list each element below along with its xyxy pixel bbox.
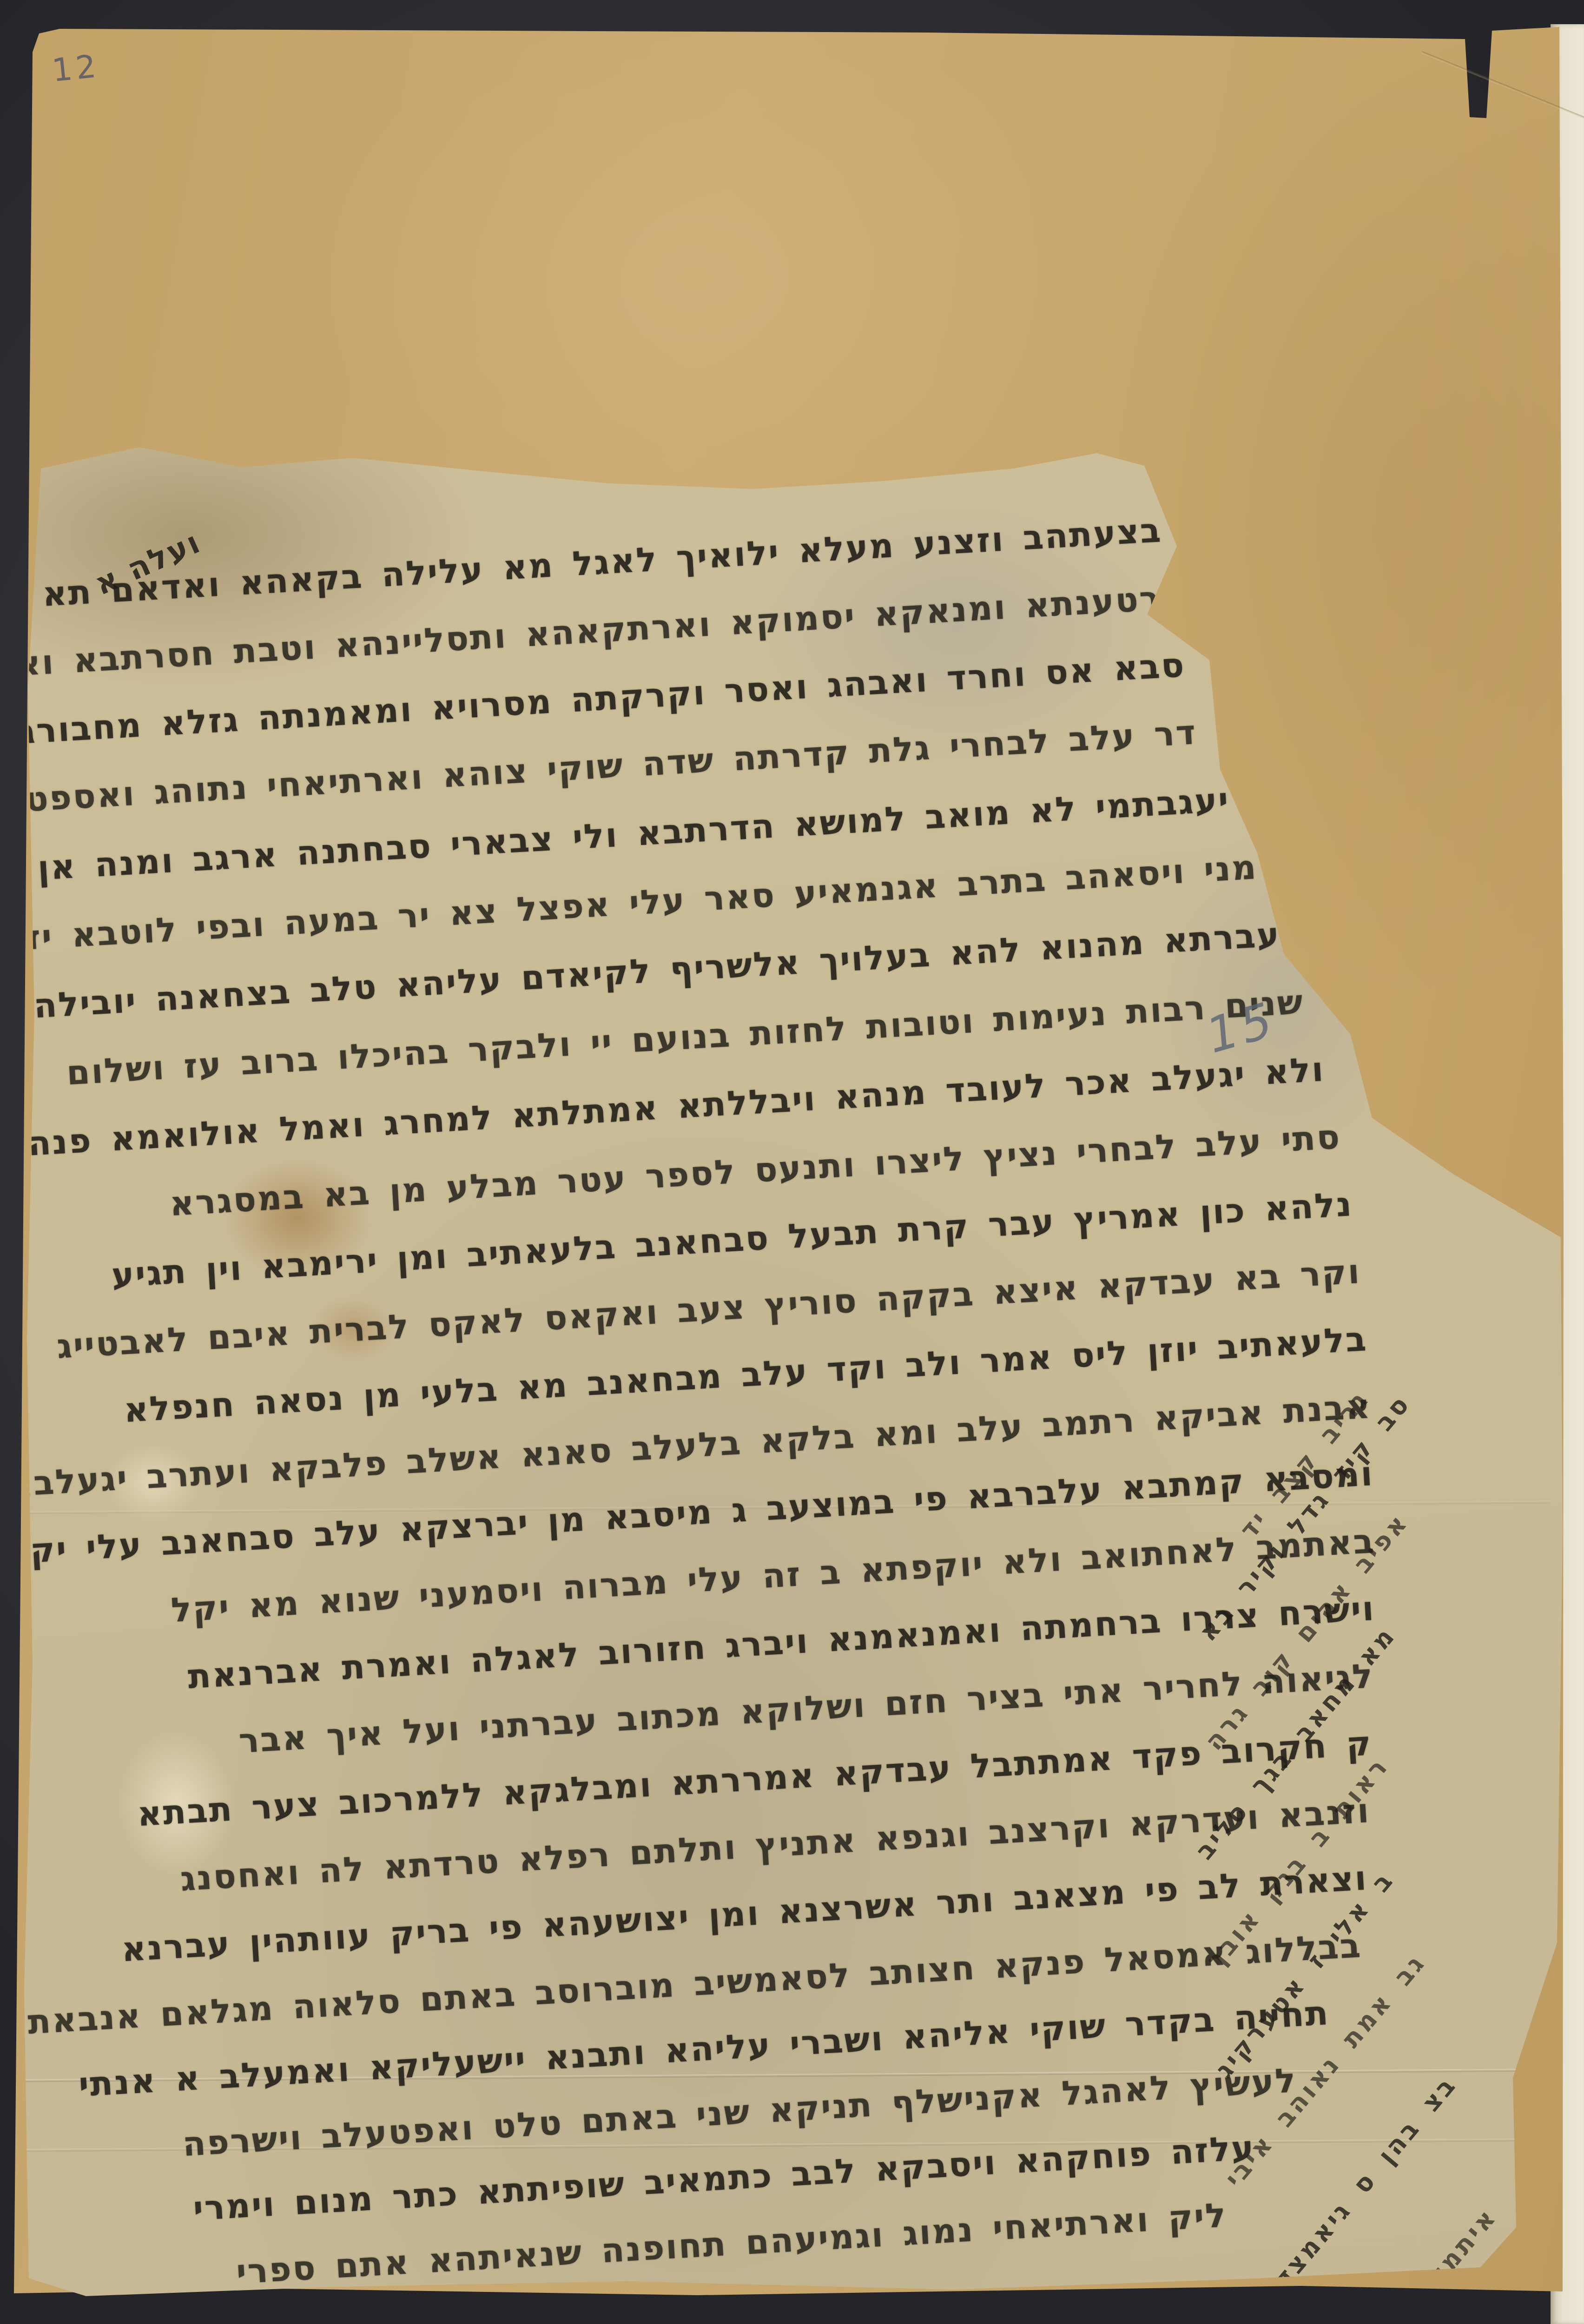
manuscript-scan-page: 12 ועלה א בצעתהב וזצנע מעלא ילואיך לאגל …: [0, 0, 1584, 2324]
foliation-number: 12: [50, 48, 101, 89]
